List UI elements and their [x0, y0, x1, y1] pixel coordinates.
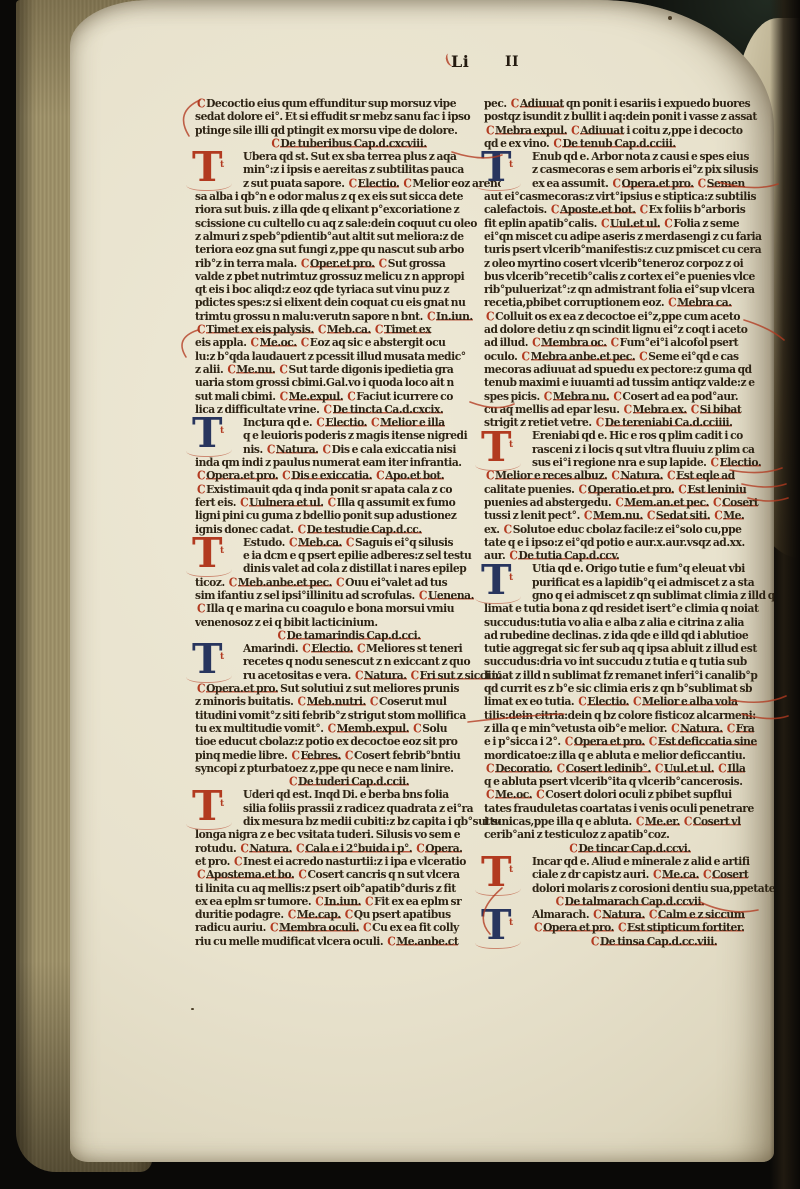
capitulum-mark: C — [703, 868, 711, 881]
drop-cap-initial: T — [481, 905, 527, 945]
capitulum-mark: C — [596, 416, 604, 429]
text-line: e ia dcm e q psert epilie adberes:z sel … — [195, 549, 501, 562]
text-line: rib°z in terra mala. COper.et pro. CSut … — [195, 257, 501, 270]
rubricated-text: Me. — [723, 509, 744, 522]
rubricated-text: Mebra ex. — [633, 403, 687, 416]
text-line: limat ex eo tutia. CElectio. CMelior e a… — [484, 695, 774, 708]
text-line: silia foliis prassii z radicez quadrata … — [195, 802, 501, 815]
guide-letter: t — [509, 439, 513, 452]
capitulum-mark: C — [486, 124, 494, 137]
capitulum-mark: C — [301, 336, 309, 349]
capitulum-mark: C — [315, 895, 323, 908]
capitulum-mark: C — [197, 602, 205, 615]
capitulum-mark: C — [667, 469, 675, 482]
rubricated-text: Opera.et pro. — [206, 469, 278, 482]
capitulum-mark: C — [403, 177, 411, 190]
rubricated-text: Aposte.et bot. — [560, 203, 636, 216]
capitulum-mark: C — [624, 403, 632, 416]
text-line: min°:z i ipsis e aereitas z subtilitas p… — [195, 163, 501, 176]
text-line: tates frauduletas coartatas i venis ocul… — [484, 802, 774, 815]
drop-cap-initial: T — [481, 147, 527, 187]
rubricated-text: Opera.et pro. — [206, 682, 278, 695]
capitulum-mark: C — [318, 323, 326, 336]
capitulum-mark: C — [349, 177, 357, 190]
rubricated-text: Melior e reces albuz. — [495, 469, 607, 482]
capitulum-mark: C — [345, 908, 353, 921]
guide-letter: t — [220, 425, 224, 438]
chapter-heading-line: CDe tuberibus Cap.d.cxcviii. — [195, 137, 501, 150]
rubricated-text: Uulnera et ul. — [249, 496, 323, 509]
rubricated-text: Illa — [727, 762, 745, 775]
rubricated-text: Mebra expul. — [495, 124, 567, 137]
text-line: mordicatoe:z illa q e abluta e melior de… — [484, 749, 774, 762]
text-line: ad dolore detiu z qn scindit lignu ei°z … — [484, 323, 774, 336]
rubricated-text: Natura. — [620, 469, 663, 482]
capitulum-mark: C — [375, 323, 383, 336]
rubricated-text: Cosert — [712, 868, 748, 881]
rubricated-text: Mebra ca. — [677, 296, 731, 309]
text-line: sus ei°i regione nra e sup lapide. CElec… — [484, 456, 774, 469]
text-line: strigit z retiet vetre. CDe tereniabi Ca… — [484, 416, 774, 429]
capitulum-mark: C — [197, 97, 205, 110]
text-line: z minoris buitatis. CMeb.nutri. CCoserut… — [195, 695, 501, 708]
drop-cap-initial: T — [192, 786, 238, 826]
rubricated-text: Cosert — [722, 496, 758, 509]
rubricated-text: Opera et pro. — [574, 735, 645, 748]
capitulum-mark: C — [240, 842, 248, 855]
guide-letter: t — [220, 651, 224, 664]
rubricated-text: Electio. — [311, 642, 353, 655]
drop-cap-initial: T — [481, 427, 527, 467]
rubricated-text: Apostema.et bo. — [206, 868, 294, 881]
rubricated-text: Opera. — [425, 842, 462, 855]
capitulum-mark: C — [197, 323, 205, 336]
text-line: qd currit es z b°e sic climia eris z qn … — [484, 682, 774, 695]
rubricated-text: Decoratio. — [495, 762, 552, 775]
rubricated-text: Me.er. — [645, 815, 680, 828]
capitulum-mark: C — [371, 416, 379, 429]
text-line: Amarindi. CElectio. CMeliores st teneri — [195, 642, 501, 655]
capitulum-mark: C — [486, 788, 494, 801]
capitulum-mark: C — [613, 390, 621, 403]
text-line: lica z difficultate vrine. CDe tincta Ca… — [195, 403, 501, 416]
capitulum-mark: C — [511, 97, 519, 110]
text-line: CMelior e reces albuz. CNatura. CEst eql… — [484, 469, 774, 482]
text-line: ti linita cu aq mellis:z psert oib°apati… — [195, 882, 501, 895]
capitulum-mark: C — [336, 576, 344, 589]
capitulum-mark: C — [282, 469, 290, 482]
text-column-left: CDecoctio eius qum effunditur sup morsuz… — [195, 97, 501, 948]
guide-letter: t — [509, 572, 513, 585]
capitulum-mark: C — [671, 722, 679, 735]
capitulum-mark: C — [668, 296, 676, 309]
capitulum-mark: C — [298, 695, 306, 708]
capitulum-mark: C — [647, 509, 655, 522]
capitulum-mark: C — [578, 695, 586, 708]
text-line: recetes q nodu senescut z n exiccant z q… — [195, 655, 501, 668]
rubricated-text: Membra oc. — [541, 336, 606, 349]
text-line: ticoz. CMeb.anbe.et pec. COuu ei°valet a… — [195, 576, 501, 589]
capitulum-mark: C — [551, 203, 559, 216]
capitulum-mark: C — [363, 921, 371, 934]
paper-speck — [668, 16, 672, 20]
text-line: sedat dolore ei°. Et si effudit sr mebz … — [195, 110, 501, 123]
text-line: venenosoz z ei q bibit lacticinium. — [195, 616, 501, 629]
capitulum-mark: C — [633, 695, 641, 708]
text-line: z oleo myrtino cosert vlcerib°teneroz co… — [484, 257, 774, 270]
rubricated-text: Me.oc. — [260, 336, 297, 349]
rubricated-text: Meb.ca. — [327, 323, 371, 336]
rubricated-text: Apo.et bot. — [385, 469, 444, 482]
rubricated-text: De tincar Cap.d.ccvi. — [578, 842, 690, 855]
capitulum-mark: C — [370, 695, 378, 708]
rubricated-text: Mem.nu. — [593, 509, 643, 522]
capitulum-mark: C — [379, 257, 387, 270]
text-line: rib°puluerizat°:z qn admistrant folia ei… — [484, 283, 774, 296]
capitulum-mark: C — [727, 722, 735, 735]
text-line: duritie podagre. CMe.cap. CQu psert apat… — [195, 908, 501, 921]
chapter-heading-line: CDe tinsa Cap.d.cc.viii. — [484, 935, 774, 948]
text-line: ciale z dr capistz auri. CMe.ca. CCosert — [484, 868, 774, 881]
text-column-right: pec. CAdiuuat qn ponit i esariis i expue… — [484, 97, 774, 948]
rubricated-text: Adiuuat — [580, 124, 624, 137]
text-line: pdictes spes:z si elixent dein coquat cu… — [195, 296, 501, 309]
rubricated-text: Me.nu. — [236, 363, 275, 376]
rubricated-text: Melior e alba vola — [642, 695, 737, 708]
text-line: turis psert vlcerib°manifestis:z cuz pmi… — [484, 243, 774, 256]
rubricated-text: Cosert vl — [693, 815, 741, 828]
capitulum-mark: C — [302, 642, 310, 655]
text-line: CIlla q e marina cu coagulo e bona morsu… — [195, 602, 501, 615]
rubricated-text: Me.ca. — [662, 868, 699, 881]
capitulum-mark: C — [197, 483, 205, 496]
text-line: inda qm indi z paulus numerat eam iter i… — [195, 456, 501, 469]
text-line: fit eplin apatib°calis. CUul.et ul. CFol… — [484, 217, 774, 230]
capitulum-mark: C — [532, 336, 540, 349]
guide-letter: t — [220, 545, 224, 558]
text-line: ex ea assumit. COpera.et pro. CSemen — [484, 177, 774, 190]
drop-cap-initial: T — [481, 560, 527, 600]
text-line: oculo. CMebra anbe.et pec. CSeme ei°qd e… — [484, 350, 774, 363]
capitulum-mark: C — [534, 921, 542, 934]
text-line: tu ex multitudie vomit°. CMemb.expul. CS… — [195, 722, 501, 735]
text-line: nis. CNatura. CDis e cala exiccatia nisi — [195, 443, 501, 456]
text-line: uaria stom grossi cbimi.Gal.vo i quoda l… — [195, 376, 501, 389]
text-line: sut mali cbimi. CMe.expul. CFaciut icurr… — [195, 390, 501, 403]
text-line: cu aq mellis ad epar lesu. CMebra ex. CS… — [484, 403, 774, 416]
rubricated-text: Electio. — [358, 177, 400, 190]
rubricated-text: Oper.et pro. — [310, 257, 375, 270]
text-line: CMebra expul. CAdiuuat i coitu z,ppe i d… — [484, 124, 774, 137]
text-line: qt eis i boc aliqd:z eoz qde tyriaca sut… — [195, 283, 501, 296]
capitulum-mark: C — [640, 203, 648, 216]
capitulum-mark: C — [280, 390, 288, 403]
text-line: bus vlcerib°recetib°calis z cortex ei°e … — [484, 270, 774, 283]
capitulum-mark: C — [197, 469, 205, 482]
capitulum-mark: C — [544, 390, 552, 403]
text-line: Ubera qd st. Sut ex sba terrea plus z aq… — [195, 150, 501, 163]
capitulum-mark: C — [522, 350, 530, 363]
rubricated-text: Membra oculi. — [279, 921, 359, 934]
guide-letter: t — [509, 864, 513, 877]
text-line: lu:z b°qda laudauert z pcessit illud mus… — [195, 350, 501, 363]
chapter-heading-line: CDe tamarindis Cap.d.cci. — [195, 629, 501, 642]
text-line: ligni pini cu guma z bdellio ponit sup a… — [195, 509, 501, 522]
text-line: qd e ex vino. CDe tenub Cap.d.cciii. — [484, 137, 774, 150]
rubricated-text: Natura. — [276, 443, 319, 456]
text-line: tilis:dein citria:dein q bz colore fisti… — [484, 709, 774, 722]
text-line: Utia qd e. Origo tutie e fum°q eleuat vb… — [484, 562, 774, 575]
text-line: Ereniabi qd e. Hic e ros q plim cadit i … — [484, 429, 774, 442]
capitulum-mark: C — [323, 443, 331, 456]
rubricated-text: Febres. — [301, 749, 341, 762]
rubricated-text: Semen — [707, 177, 745, 190]
text-line: CColluit os ex ea z decoctoe ei°z,ppe cu… — [484, 310, 774, 323]
capitulum-mark: C — [711, 456, 719, 469]
rubricated-text: Meb.ca. — [298, 536, 342, 549]
rubricated-text: Mem.an.et pec. — [624, 496, 709, 509]
text-line: eis appla. CMe.oc. CEoz aq sic e absterg… — [195, 336, 501, 349]
text-line: fert eis. CUulnera et ul. CIlla q assumi… — [195, 496, 501, 509]
rubricated-text: De tenub Cap.d.cciii. — [562, 137, 675, 150]
text-line: ei°qn miscet cu adipe aseris z merdaseng… — [484, 230, 774, 243]
rubricated-text: Natura. — [249, 842, 292, 855]
text-line: z alii. CMe.nu. CSut tarde digonis ipedi… — [195, 363, 501, 376]
photograph-of-incunabulum-page: { "header": { "folio_book": "Li", "folio… — [0, 0, 800, 1189]
rubricated-text: Me.oc. — [495, 788, 532, 801]
text-line: ex ea eplm sr tumore. CIn.iun. CFit ex e… — [195, 895, 501, 908]
rubricated-text: De tuberibus Cap.d.cxcviii. — [280, 137, 426, 150]
text-line: q e leuioris poderis z magis itense nigr… — [195, 429, 501, 442]
capitulum-mark: C — [316, 416, 324, 429]
text-line: et pro. CInest ei acredo nasturtii:z i i… — [195, 855, 501, 868]
rubricated-text: Electio. — [325, 416, 367, 429]
capitulum-mark: C — [251, 336, 259, 349]
text-line: Almarach. CNatura. CCalm e z siccum — [484, 908, 774, 921]
paper-speck — [191, 1008, 194, 1010]
text-line: aur. CDe tutia Cap.d.ccv. — [484, 549, 774, 562]
folio-mark-book: Li — [451, 52, 469, 71]
rubricated-text: Adiuuat — [520, 97, 564, 110]
capitulum-mark: C — [698, 177, 706, 190]
capitulum-mark: C — [611, 469, 619, 482]
capitulum-mark: C — [579, 483, 587, 496]
text-line: pinq medie libre. CFebres. CCosert febri… — [195, 749, 501, 762]
rubricated-text: Est leniniu — [687, 483, 746, 496]
text-line: limat e tutia bona z qd residet isert°e … — [484, 602, 774, 615]
text-line: succudus:dria vo int succudu z tutia e q… — [484, 655, 774, 668]
rubricated-text: Opera et pro. — [543, 921, 614, 934]
folio-mark-number: II — [505, 54, 519, 70]
text-line: dolori molaris z corosioni dentiu sua,pp… — [484, 882, 774, 895]
capitulum-mark: C — [347, 390, 355, 403]
rubricated-text: De tincta Ca.d.cxcix. — [333, 403, 444, 416]
drop-cap-initial: T — [192, 147, 238, 187]
rubricated-text: Dis e exiccatia. — [291, 469, 372, 482]
text-line: succudus:tutia vo alia e alba z alia e c… — [484, 616, 774, 629]
text-line: z casmecoras e sem arboris ei°z pix silu… — [484, 163, 774, 176]
capitulum-mark: C — [234, 855, 242, 868]
capitulum-mark: C — [649, 908, 657, 921]
capitulum-mark: C — [427, 310, 435, 323]
capitulum-mark: C — [618, 921, 626, 934]
rubricated-text: Natura. — [602, 908, 645, 921]
capitulum-mark: C — [615, 496, 623, 509]
rubricated-text: Me.anbe.ct — [396, 935, 458, 948]
text-line: valde z pbet nutrimtuz grossuz melicu z … — [195, 270, 501, 283]
text-line: Incar qd e. Aliud e minerale z alid e ar… — [484, 855, 774, 868]
capitulum-mark: C — [227, 363, 235, 376]
text-line: longa nigra z e bec vsitata tuderi. Silu… — [195, 828, 501, 841]
capitulum-mark: C — [270, 921, 278, 934]
text-line: COpera.et pro. Sut solutiui z sut melior… — [195, 682, 501, 695]
capitulum-mark: C — [655, 762, 663, 775]
capitulum-mark: C — [639, 350, 647, 363]
capitulum-mark: C — [536, 788, 544, 801]
rubricated-text: Uul.et ul. — [610, 217, 660, 230]
capitulum-mark: C — [691, 403, 699, 416]
rubricated-text: Mebra nu. — [553, 390, 609, 403]
capitulum-mark: C — [298, 523, 306, 536]
capitulum-mark: C — [411, 669, 419, 682]
guide-letter: t — [220, 798, 224, 811]
capitulum-mark: C — [553, 137, 561, 150]
text-line: rotudu. CNatura. CCala e i 2°buida i p°.… — [195, 842, 501, 855]
capitulum-mark: C — [713, 496, 721, 509]
rubricated-text: De talmarach Cap.d.ccvii. — [565, 895, 705, 908]
rubricated-text: Uul.et ul. — [664, 762, 714, 775]
text-line: calefactois. CAposte.et bot. CEx foliis … — [484, 203, 774, 216]
text-line: CMe.oc. CCosert dolori oculi z pbibet su… — [484, 788, 774, 801]
rubricated-text: Est eqle ad — [676, 469, 735, 482]
chapter-heading-line: CDe tuderi Cap.d.ccii. — [195, 775, 501, 788]
text-line: sim ifantiu z sel ipsi°illinitu ad scrof… — [195, 589, 501, 602]
text-line: q e abluta psert vlcerib°ita q vlcerib°c… — [484, 775, 774, 788]
capitulum-mark: C — [345, 749, 353, 762]
capitulum-mark: C — [504, 523, 512, 536]
text-line: recetia,pbibet corruptionem eoz. CMebra … — [484, 296, 774, 309]
rubricated-text: De tinsa Cap.d.cc.viii. — [600, 935, 717, 948]
text-line: Inctura qd e. CElectio. CMelior e illa — [195, 416, 501, 429]
capitulum-mark: C — [593, 908, 601, 921]
text-line: teriora eoz gna sut fungi z,ppe qu nascu… — [195, 243, 501, 256]
text-line: pec. CAdiuuat qn ponit i esariis i expue… — [484, 97, 774, 110]
rubricated-text: Me.cap. — [297, 908, 341, 921]
rubricated-text: Operatio.et pro. — [588, 483, 675, 496]
text-line: trimtu grossu n malu:verutn sapore n bnt… — [195, 310, 501, 323]
capitulum-mark: C — [601, 217, 609, 230]
text-line: Estudo. CMeb.ca. CSaguis ei°q silusis — [195, 536, 501, 549]
text-line: tutie aggregat sic fer sub aq q ipsa abl… — [484, 642, 774, 655]
rubricated-text: Opera.et pro. — [622, 177, 694, 190]
text-line: sa alba i qb°n e odor malus z q ex eis s… — [195, 190, 501, 203]
capitulum-mark: C — [486, 469, 494, 482]
drop-cap-initial: T — [192, 639, 238, 679]
capitulum-mark: C — [298, 868, 306, 881]
capitulum-mark: C — [653, 868, 661, 881]
rubricated-text: Timet ex eis palysis. — [206, 323, 314, 336]
rubricated-text: In.iun. — [324, 895, 361, 908]
text-line: i tunicas,ppe illa q e abluta. CMe.er. C… — [484, 815, 774, 828]
text-line: CDecoctio eius qum effunditur sup morsuz… — [195, 97, 501, 110]
chapter-heading-line: CDe talmarach Cap.d.ccvii. — [484, 895, 774, 908]
capitulum-mark: C — [197, 682, 205, 695]
capitulum-mark: C — [355, 669, 363, 682]
rubricated-text: De tutia Cap.d.ccv. — [518, 549, 619, 562]
text-line: spes picis. CMebra nu. CCosert ad ea pod… — [484, 390, 774, 403]
capitulum-mark: C — [197, 868, 205, 881]
capitulum-mark: C — [556, 895, 564, 908]
rubricated-text: Si bibat — [700, 403, 742, 416]
capitulum-mark: C — [289, 775, 297, 788]
rubricated-text: Calm e z siccum — [658, 908, 745, 921]
rubricated-text: In.iun. — [436, 310, 473, 323]
capitulum-mark: C — [323, 403, 331, 416]
rubricated-text: Natura. — [680, 722, 723, 735]
capitulum-mark: C — [413, 722, 421, 735]
capitulum-mark: C — [611, 336, 619, 349]
rubricated-text: De tereniabi Ca.d.cciiii. — [605, 416, 733, 429]
text-line: z illa q e min°vetusta oib°e melior. CNa… — [484, 722, 774, 735]
capitulum-mark: C — [357, 642, 365, 655]
text-line: CDecoratio. CCosert ledinib°. CUul.et ul… — [484, 762, 774, 775]
drop-cap-initial: T — [481, 852, 527, 892]
capitulum-mark: C — [291, 749, 299, 762]
capitulum-mark: C — [557, 762, 565, 775]
capitulum-mark: C — [664, 217, 672, 230]
capitulum-mark: C — [571, 124, 579, 137]
rubricated-text: Sedat siti. — [656, 509, 710, 522]
drop-cap-initial: T — [192, 413, 238, 453]
rubricated-text: De tamarindis Cap.d.cci. — [287, 629, 421, 642]
text-line: gno q ei admiscet z qn sublimat climia z… — [484, 589, 774, 602]
text-line: purificat es a lapidib°q ei admiscet z a… — [484, 576, 774, 589]
capitulum-mark: C — [301, 257, 309, 270]
text-line: ad rubedine declinas. z ida qde e illd q… — [484, 629, 774, 642]
capitulum-mark: C — [584, 509, 592, 522]
capitulum-mark: C — [387, 935, 395, 948]
capitulum-mark: C — [569, 842, 577, 855]
text-line: ignis donec cadat. CDe testudie Cap.d.cc… — [195, 523, 501, 536]
text-line: ad illud. CMembra oc. CFum°ei°i alcofol … — [484, 336, 774, 349]
capitulum-mark: C — [486, 762, 494, 775]
rubricated-text: Me.expul. — [289, 390, 344, 403]
rubricated-text: Electio. — [587, 695, 629, 708]
drop-cap-initial: T — [192, 533, 238, 573]
right-gutter-shadow — [770, 0, 800, 1189]
rubricated-text: De testudie Cap.d.cc. — [307, 523, 422, 536]
text-line: CTimet ex eis palysis. CMeb.ca. CTimet e… — [195, 323, 501, 336]
text-line: scissione cu cultello cu aq z sale:dein … — [195, 217, 501, 230]
guide-letter: t — [509, 917, 513, 930]
text-line: z almuri z speb°pdientib°aut altit sut m… — [195, 230, 501, 243]
text-line: Uderi qd est. Inqd Di. e berba bns folia — [195, 788, 501, 801]
rubricated-text: Electio. — [720, 456, 762, 469]
capitulum-mark: C — [486, 310, 494, 323]
capitulum-mark: C — [346, 536, 354, 549]
text-line: calitate puenies. COperatio.et pro. CEst… — [484, 483, 774, 496]
capitulum-mark: C — [277, 629, 285, 642]
text-line: postqz isundit z bullit i aq:dein ponit … — [484, 110, 774, 123]
text-line: riora sut buis. z illa qde q elixant p°e… — [195, 203, 501, 216]
capitulum-mark: C — [612, 177, 620, 190]
rubricated-text: Meb.anbe.et pec. — [238, 576, 332, 589]
capitulum-mark: C — [271, 137, 279, 150]
guide-letter: t — [220, 159, 224, 172]
text-line: limat z illd n sublimat fz remanet infer… — [484, 669, 774, 682]
capitulum-mark: C — [288, 908, 296, 921]
capitulum-mark: C — [289, 536, 297, 549]
